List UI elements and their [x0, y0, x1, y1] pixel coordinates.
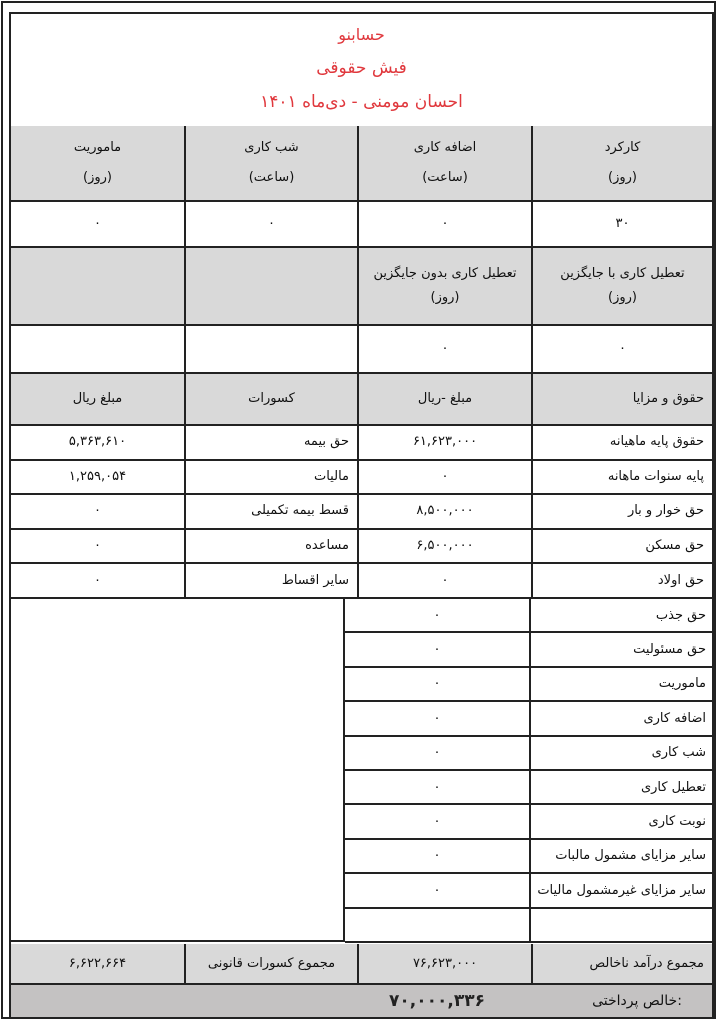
earning-row: اضافه کاری۰ — [345, 702, 712, 736]
value-holiday-with-substitute: ۰ — [531, 326, 712, 372]
payslip: حسابنو فیش حقوقی احسان مومنی - دی‌ماه ۱۴… — [9, 12, 714, 1017]
value-empty — [184, 326, 357, 372]
earning-row: ماموریت۰ — [345, 668, 712, 702]
header-holiday-without-substitute: تعطیل کاری بدون جایگزین(روز) — [357, 248, 531, 324]
deduction-amount: ۰ — [11, 530, 184, 563]
holiday-header-row: تعطیل کاری با جایگزین(روز) تعطیل کاری بد… — [11, 248, 712, 326]
earning-label: حقوق پایه ماهیانه — [531, 426, 712, 459]
value-overtime: ۰ — [357, 202, 531, 246]
header-workdays: کارکرد(روز) — [531, 126, 712, 200]
header-empty — [11, 248, 184, 324]
earning-row: نوبت کاری۰ — [345, 805, 712, 839]
employee-period: احسان مومنی - دی‌ماه ۱۴۰۱ — [11, 92, 712, 112]
earning-row: تعطیل کاری۰ — [345, 771, 712, 805]
value-empty — [11, 326, 184, 372]
deductions-empty-area — [11, 599, 345, 942]
earning-label: حق مسکن — [531, 530, 712, 563]
earning-row: شب کاری۰ — [345, 737, 712, 771]
net-pay-amount: ۷۰,۰۰۰,۳۳۶ — [312, 991, 562, 1011]
deduction-amount: ۰ — [11, 564, 184, 597]
deduction-amount: ۵,۳۶۳,۶۱۰ — [11, 426, 184, 459]
header-overtime: اضافه کاری(ساعت) — [357, 126, 531, 200]
header-earnings-amount: مبلغ -ریال — [357, 374, 531, 424]
header-deductions: کسورات — [184, 374, 357, 424]
deduction-label: قسط بیمه تکمیلی — [184, 495, 357, 528]
deduction-label: حق بیمه — [184, 426, 357, 459]
pay-row: حق مسکن ۶,۵۰۰,۰۰۰ مساعده ۰ — [11, 530, 712, 565]
header-earnings: حقوق و مزایا — [531, 374, 712, 424]
payslip-header: حسابنو فیش حقوقی احسان مومنی - دی‌ماه ۱۴… — [11, 14, 712, 128]
value-workdays: ۳۰ — [531, 202, 712, 246]
earning-label: پایه سنوات ماهانه — [531, 461, 712, 494]
company-name: حسابنو — [11, 25, 712, 44]
earning-amount: ۰ — [357, 564, 531, 597]
header-holiday-with-substitute: تعطیل کاری با جایگزین(روز) — [531, 248, 712, 324]
earning-row: حق جذب۰ — [345, 599, 712, 633]
deduction-label: سایر اقساط — [184, 564, 357, 597]
pay-header-row: حقوق و مزایا مبلغ -ریال کسورات مبلغ ریال — [11, 374, 712, 426]
deductions-total-label: مجموع کسورات قانونی — [184, 944, 357, 983]
pay-row: حقوق پایه ماهیانه ۶۱,۶۲۳,۰۰۰ حق بیمه ۵,۳… — [11, 426, 712, 461]
deduction-label: مالیات — [184, 461, 357, 494]
pay-row: حق خوار و بار ۸,۵۰۰,۰۰۰ قسط بیمه تکمیلی … — [11, 495, 712, 530]
earning-row: سایر مزایای غیرمشمول مالیات۰ — [345, 874, 712, 908]
deduction-amount: ۱,۲۵۹,۰۵۴ — [11, 461, 184, 494]
holiday-values-row: ۰ ۰ — [11, 326, 712, 374]
earning-row-empty — [345, 909, 712, 943]
net-pay-label: خالص پرداختی: — [562, 993, 712, 1009]
pay-row: پایه سنوات ماهانه ۰ مالیات ۱,۲۵۹,۰۵۴ — [11, 461, 712, 496]
pay-row: حق اولاد ۰ سایر اقساط ۰ — [11, 564, 712, 599]
earning-label: حق اولاد — [531, 564, 712, 597]
earning-row: حق مسئولیت۰ — [345, 633, 712, 667]
value-holiday-without-substitute: ۰ — [357, 326, 531, 372]
deduction-label: مساعده — [184, 530, 357, 563]
deduction-amount: ۰ — [11, 495, 184, 528]
gross-total-amount: ۷۶,۶۲۳,۰۰۰ — [357, 944, 531, 983]
earning-amount: ۶,۵۰۰,۰۰۰ — [357, 530, 531, 563]
value-mission: ۰ — [11, 202, 184, 246]
deductions-total-amount: ۶,۶۲۲,۶۶۴ — [11, 944, 184, 983]
value-night-shift: ۰ — [184, 202, 357, 246]
header-deductions-amount: مبلغ ریال — [11, 374, 184, 424]
earning-amount: ۶۱,۶۲۳,۰۰۰ — [357, 426, 531, 459]
extra-earnings-list: حق جذب۰ حق مسئولیت۰ ماموریت۰ اضافه کاری۰… — [345, 599, 712, 943]
earning-row: سایر مزایای مشمول مالبات۰ — [345, 840, 712, 874]
gross-total-label: مجموع درآمد ناخالص — [531, 944, 712, 983]
earning-amount: ۰ — [357, 461, 531, 494]
net-pay-row: خالص پرداختی: ۷۰,۰۰۰,۳۳۶ — [11, 985, 712, 1017]
payslip-frame: حسابنو فیش حقوقی احسان مومنی - دی‌ماه ۱۴… — [1, 1, 716, 1019]
extra-earnings-section: حق جذب۰ حق مسئولیت۰ ماموریت۰ اضافه کاری۰… — [11, 599, 712, 944]
earning-amount: ۸,۵۰۰,۰۰۰ — [357, 495, 531, 528]
header-night-shift: شب کاری(ساعت) — [184, 126, 357, 200]
header-mission: ماموریت(روز) — [11, 126, 184, 200]
totals-row: مجموع درآمد ناخالص ۷۶,۶۲۳,۰۰۰ مجموع کسور… — [11, 944, 712, 985]
earning-label: حق خوار و بار — [531, 495, 712, 528]
header-empty — [184, 248, 357, 324]
work-header-row: کارکرد(روز) اضافه کاری(ساعت) شب کاری(ساع… — [11, 126, 712, 202]
document-title: فیش حقوقی — [11, 58, 712, 78]
work-values-row: ۳۰ ۰ ۰ ۰ — [11, 202, 712, 248]
